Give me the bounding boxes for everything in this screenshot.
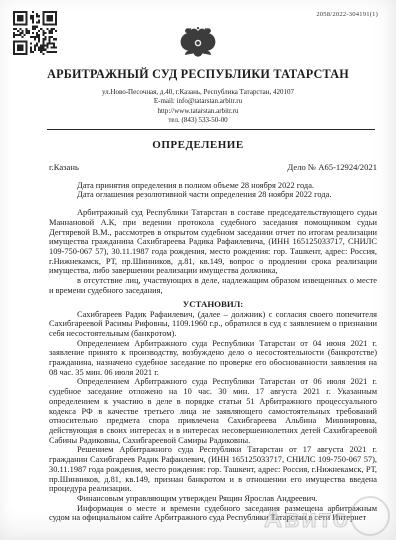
court-contacts: ул.Ново-Песочная, д.40, г.Казань, Респуб… [0, 88, 396, 126]
paragraph: Определением Арбитражного суда Республик… [49, 377, 377, 445]
court-name: АРБИТРАЖНЫЙ СУД РЕСПУБЛИКИ ТАТАРСТАН [0, 67, 396, 82]
document-page: 2058/2022-304191(1) АРБИТРАЖНЫЙ СУД РЕСП… [0, 0, 396, 540]
header-divider [47, 129, 375, 130]
ustanovil-heading: УСТАНОВИЛ: [49, 299, 377, 309]
case-number: Дело № А65-12924/2021 [287, 162, 377, 172]
court-address: ул.Ново-Песочная, д.40, г.Казань, Респуб… [0, 88, 396, 97]
date-operative-part: Дата оглашения резолютивной части опреде… [49, 190, 377, 200]
absence-paragraph: в отсутствие лиц, участвующих в деле, на… [49, 276, 377, 295]
city-label: г.Казань [49, 162, 79, 172]
date-full-text: Дата принятия определения в полном объем… [49, 181, 377, 191]
paragraph: Определением Арбитражного суда Республик… [49, 339, 377, 378]
court-phone: тел. (843) 533-50-00 [0, 116, 396, 125]
paragraph: Информация о месте и времени судебного з… [49, 504, 377, 523]
coat-of-arms-icon [0, 26, 396, 64]
case-line: г.Казань Дело № А65-12924/2021 [49, 162, 377, 172]
document-title: ОПРЕДЕЛЕНИЕ [0, 139, 396, 151]
paragraph: Решением Арбитражного суда Республики Та… [49, 445, 377, 494]
paragraph: Финансовым управляющим утвержден Рящин Я… [49, 494, 377, 504]
intro-paragraph: Арбитражный суд Республики Татарстан в с… [49, 208, 377, 276]
document-body: г.Казань Дело № А65-12924/2021 Дата прин… [0, 162, 396, 523]
document-number: 2058/2022-304191(1) [316, 11, 378, 18]
court-email: E-mail: info@tatarstan.arbitr.ru [0, 97, 396, 106]
paragraph: Сахибгареев Радик Рафаилевич, (далее – д… [49, 310, 377, 339]
court-website: http://www.tatarstan.arbitr.ru [0, 107, 396, 116]
decision-dates: Дата принятия определения в полном объем… [49, 181, 377, 201]
